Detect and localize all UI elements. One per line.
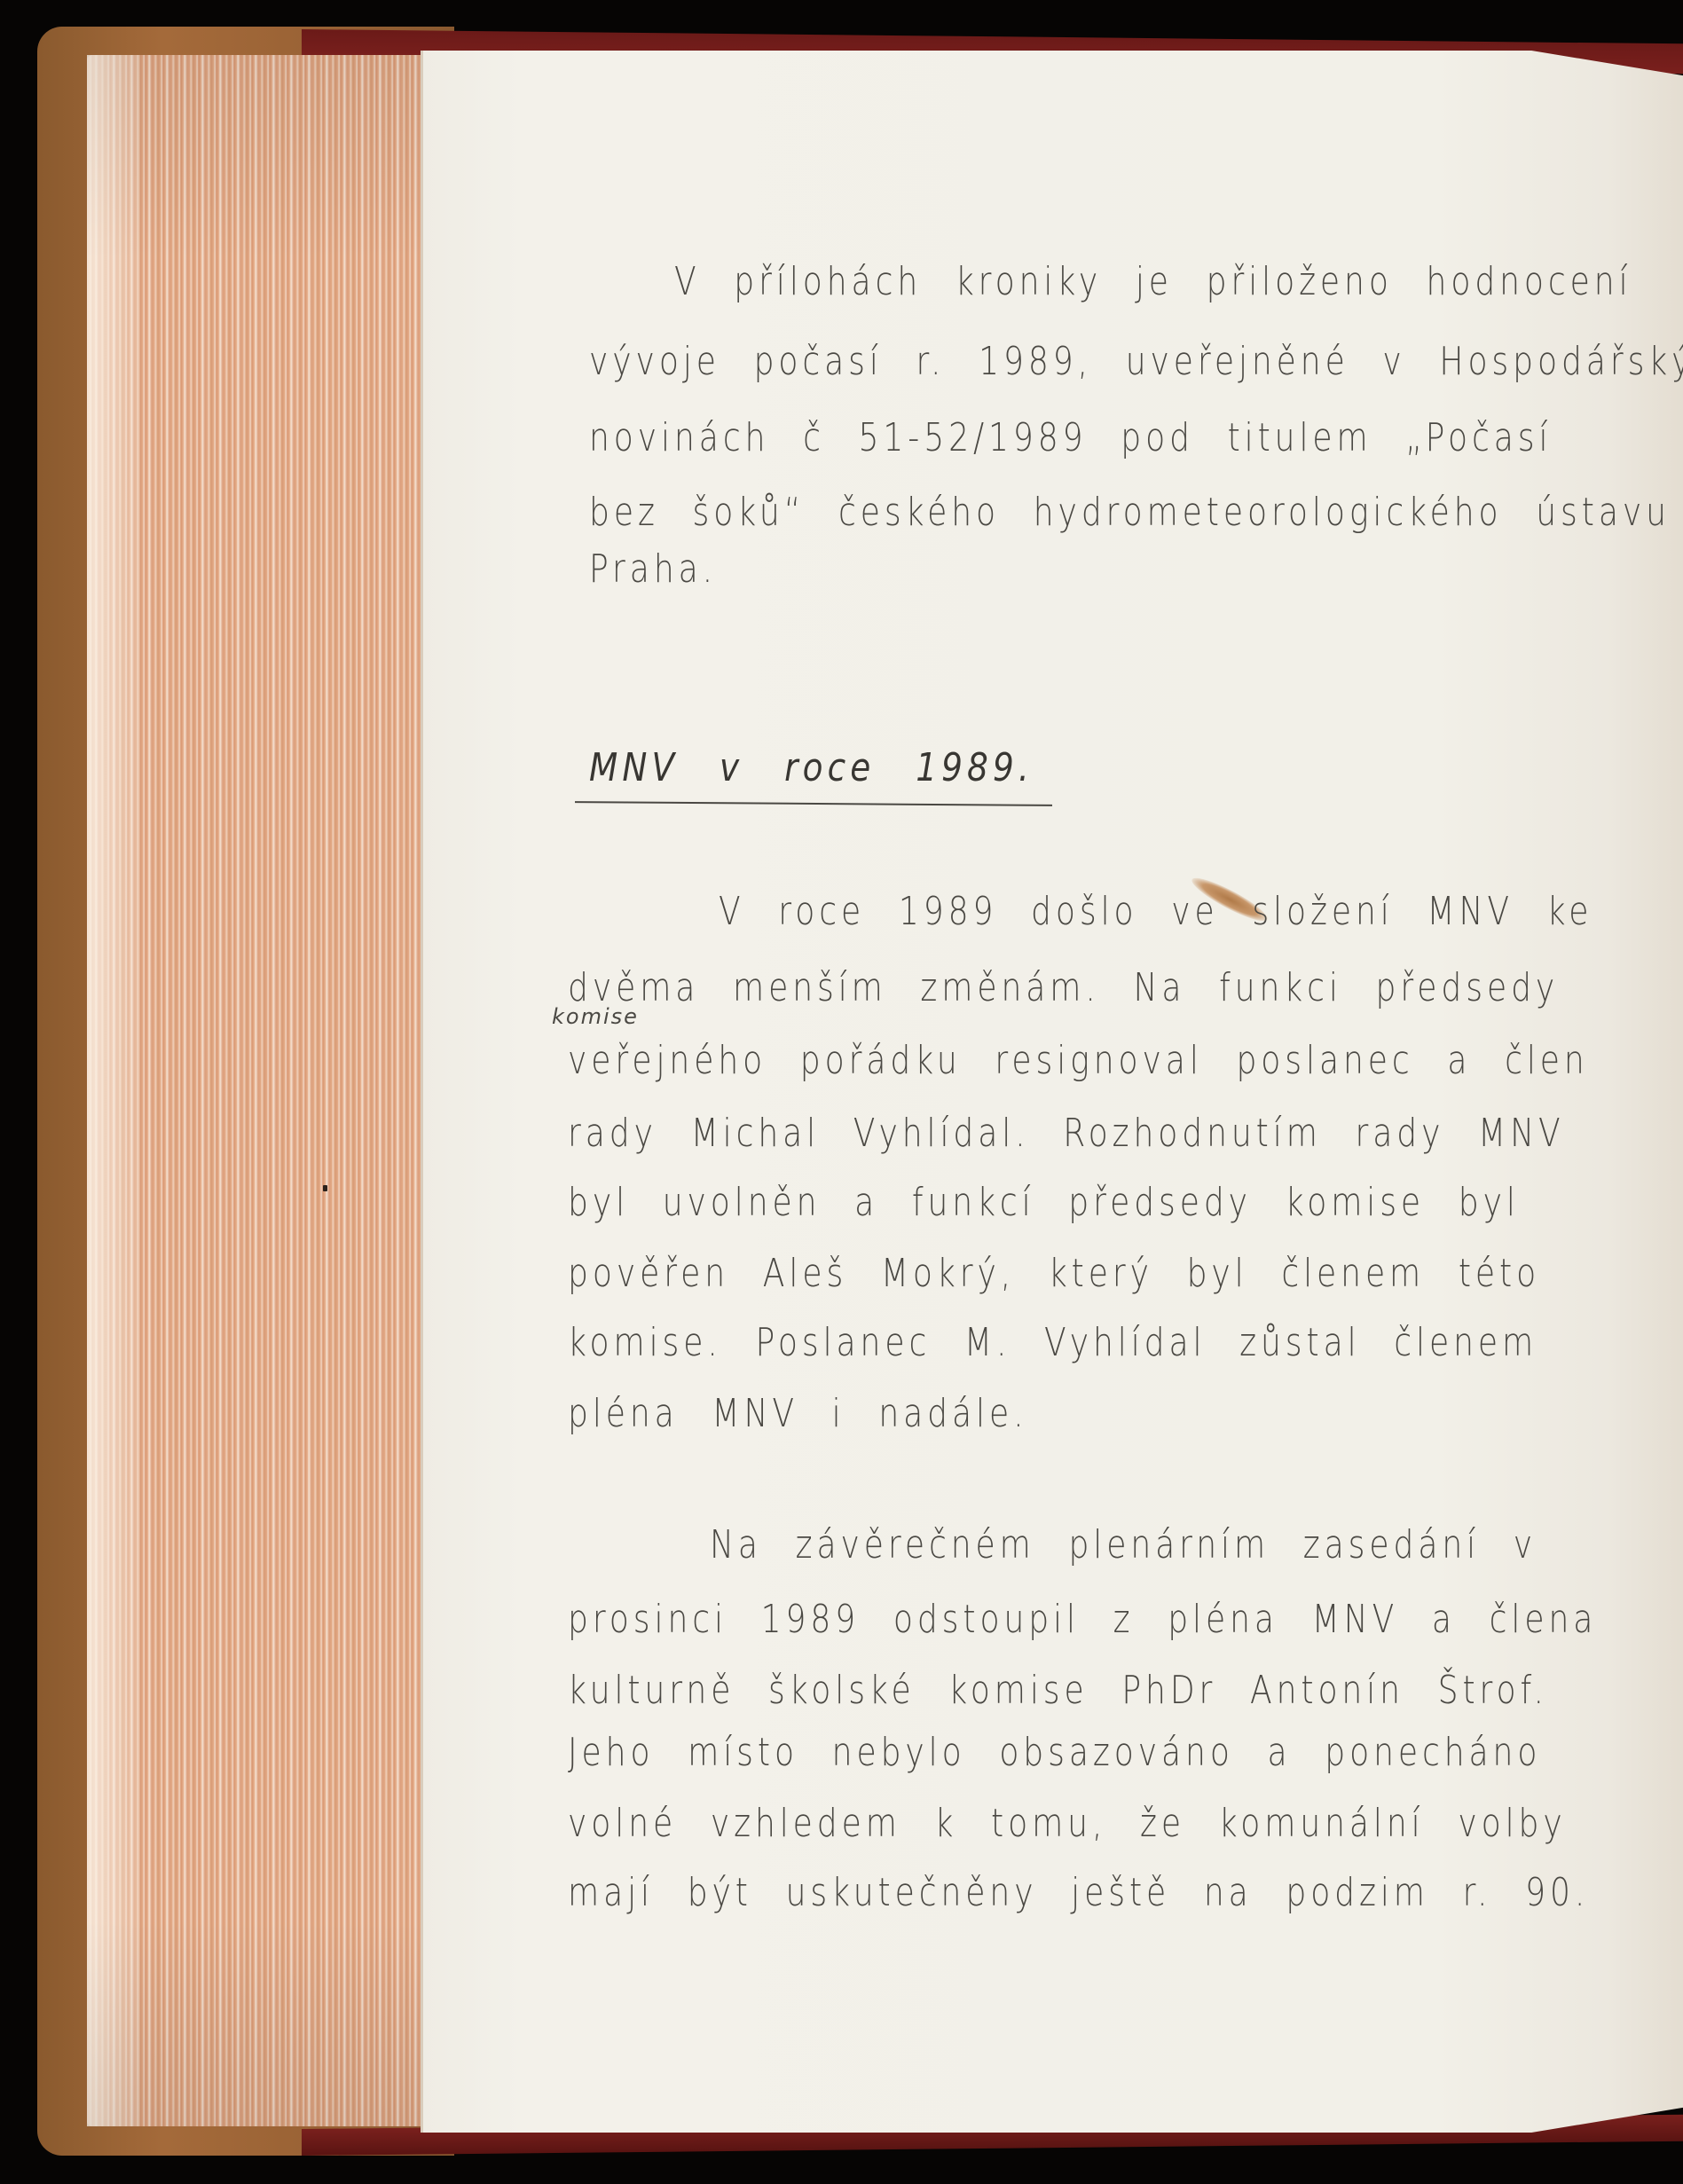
text-line: pléna MNV i nadále.	[568, 1391, 1027, 1436]
text-line: komise. Poslanec M. Vyhlídal zůstal člen…	[568, 1320, 1538, 1365]
text-line: mají být uskutečněny ještě na podzim r. …	[568, 1870, 1589, 1915]
text-line: Jeho místo nebylo obsazováno a ponecháno	[568, 1730, 1541, 1775]
text-line: V přílohách kroniky je přiloženo hodnoce…	[674, 259, 1632, 304]
text-line: rady Michal Vyhlídal. Rozhodnutím rady M…	[568, 1111, 1565, 1156]
text-line: Praha.	[589, 546, 717, 592]
text-line: pověřen Aleš Mokrý, který byl členem tét…	[568, 1251, 1540, 1296]
page-fore-edge	[87, 55, 421, 2126]
text-line: Na závěrečném plenárním zasedání v	[710, 1522, 1537, 1567]
text-line: byl uvolněn a funkcí předsedy komise byl	[568, 1180, 1520, 1225]
edge-mark	[323, 1185, 327, 1191]
text-line: bez šoků“ českého hydrometeorologického …	[589, 490, 1671, 535]
text-line: veřejného pořádku resignoval poslanec a …	[568, 1038, 1589, 1083]
text-line: dvěma menším změnám. Na funkci předsedy	[568, 965, 1559, 1010]
text-line: novinách č 51-52/1989 pod titulem „Počas…	[589, 415, 1552, 460]
text-line: volné vzhledem k tomu, že komunální volb…	[568, 1801, 1567, 1846]
text-line: V roce 1989 došlo ve složení MNV ke	[719, 889, 1593, 934]
inserted-word: komise	[552, 1004, 639, 1029]
text-line: prosinci 1989 odstoupil z pléna MNV a čl…	[568, 1597, 1597, 1642]
text-line: vývoje počasí r. 1989, uveřejněné v Hosp…	[589, 339, 1683, 384]
section-heading: MNV v roce 1989.	[589, 745, 1034, 790]
text-line: kulturně školské komise PhDr Antonín Štr…	[568, 1668, 1548, 1713]
